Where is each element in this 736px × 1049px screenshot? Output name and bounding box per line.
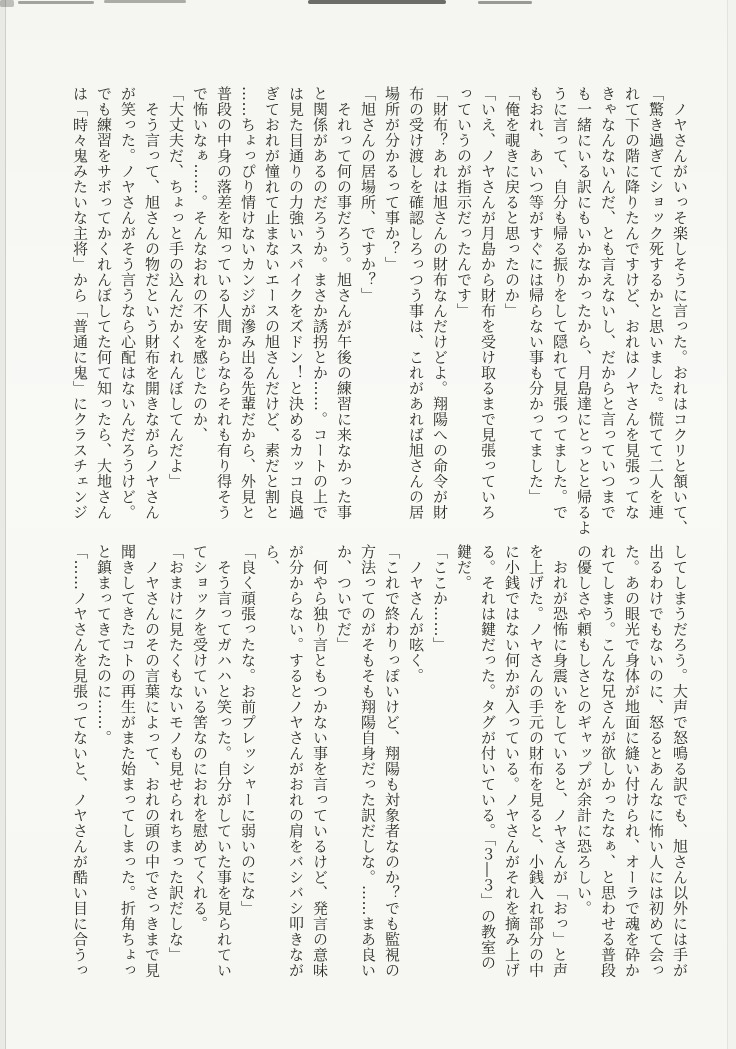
text-column: 方法ってのがそもそも翔陽自身だった訳だしな。……まあ良い: [356, 544, 380, 1012]
text-column: 鍵だ。: [452, 544, 476, 1012]
text-column: ノヤさんのその言葉によって、おれの頭の中でさっきまで見: [140, 544, 164, 1012]
text-column: で怖いなぁ……。そんなおれの不安を感じたのか、: [188, 86, 212, 538]
scan-smudge: [478, 1, 532, 4]
text-column: と鎮まってきてたのに……。: [92, 544, 116, 1012]
text-column: ぎておれが憧れて止まないエースの旭さんだけど、素だと割と: [260, 86, 284, 538]
text-column: 「驚き過ぎてショック死するかと思いました。慌てて二人を連: [644, 86, 668, 538]
text-column: っていうのが指示だったんです」: [452, 86, 476, 538]
text-column: も一緒にいる訳にもいかなかったから、月島達にとっとと帰るよ: [572, 86, 596, 538]
text-column: ……ちょっぴり情けないカンジが滲み出る先輩だから、外見と: [236, 86, 260, 538]
text-column: もおれ、あいつ等がすぐには帰らない事も分かってました」: [524, 86, 548, 538]
text-column: ノヤさんがいっそ楽しそうに言った。おれはコクリと頷いて、: [668, 86, 692, 538]
text-column: 「おまけに見たくもないモノも見せられちまった訳だしな」: [164, 544, 188, 1012]
text-column: 「良く頑張ったな。お前プレッシャーに弱いのにな」: [236, 544, 260, 1012]
text-column: きゃなんないんだ、とも言えないし、だからと言っていつまで: [596, 86, 620, 538]
text-column: 布の受け渡しを確認しろっつう事は、これがあれば旭さんの居: [404, 86, 428, 538]
text-column: を上げた。ノヤさんの手元の財布を見ると、小銭入れ部分の中: [524, 544, 548, 1012]
text-column: が笑った。ノヤさんがそう言うなら心配はないんだろうけど。: [116, 86, 140, 538]
bottom-text-block: してしまうだろう。大声で怒鳴る訳でも、旭さん以外には手が出るわけでもないのに、怒…: [68, 544, 692, 1012]
scan-smudge: [18, 1, 94, 4]
text-column: 「大丈夫だ、ちょっと手の込んだかくれんぼしてんだよ」: [164, 86, 188, 538]
text-column: 聞きしてきたコトの再生がまた始まってしまった。折角ちょっ: [116, 544, 140, 1012]
scan-smudge: [104, 0, 186, 3]
text-column: 「旭さんの居場所、ですか？」: [356, 86, 380, 538]
text-column: 普段の中身の落差を知っている人間からならそれも有り得そう: [212, 86, 236, 538]
text-column: 「財布？あれは旭さんの財布なんだけどよ。翔陽への命令が財: [428, 86, 452, 538]
scan-edge-left-line: [5, 0, 6, 1049]
scan-smudge: [308, 0, 446, 4]
text-column: てショックを受けている筈なのにおれを慰めてくれる。: [188, 544, 212, 1012]
text-column: れて下の階に降りたんですけど、おれはノヤさんを見張ってな: [620, 86, 644, 538]
scan-smudge: [0, 0, 14, 7]
text-column: 「これで終わりっぽいけど、翔陽も対象者なのか？でも監視の: [380, 544, 404, 1012]
text-column: 「……ノヤさんを見張ってないと、ノヤさんが酷い目に合うっ: [68, 544, 92, 1012]
text-column: ら、: [260, 544, 284, 1012]
text-column: 場所が分かるって事か？」: [380, 86, 404, 538]
text-column: してしまうだろう。大声で怒鳴る訳でも、旭さん以外には手が: [668, 544, 692, 1012]
text-column: ノヤさんが呟く。: [404, 544, 428, 1012]
text-column: 出るわけでもないのに、怒るとあんなに怖い人には初めて会っ: [644, 544, 668, 1012]
text-column: に小銭ではない何かが入っている。ノヤさんがそれを摘み上げ: [500, 544, 524, 1012]
text-column: そう言って、旭さんの物だという財布を開きながらノヤさん: [140, 86, 164, 538]
text-column: おれが恐怖に身震いをしていると、ノヤさんが「おっ」と声: [548, 544, 572, 1012]
top-text-block: ノヤさんがいっそ楽しそうに言った。おれはコクリと頷いて、「驚き過ぎてショック死す…: [68, 86, 692, 538]
text-column: 「俺を覗きに戻ると思ったのか」: [500, 86, 524, 538]
text-column: か、ついでだ」: [332, 544, 356, 1012]
text-column: れてしまう。こんな兄さんが欲しかったなぁ、と思わせる普段: [596, 544, 620, 1012]
text-column: が分からない。するとノヤさんがおれの肩をバシバシ叩きなが: [284, 544, 308, 1012]
scanned-page: 0 ノヤさんがいっそ楽しそうに言った。おれはコクリと頷いて、「驚き過ぎてショック…: [0, 0, 736, 1049]
text-column: は見た目通りの力強いスパイクをズドン！と決めるカッコ良過: [284, 86, 308, 538]
text-column: た。あの眼光で身体が地面に縫い付けられ、オーラで魂を砕か: [620, 544, 644, 1012]
scan-edge-right: [728, 0, 736, 1049]
text-column: 「いえ、ノヤさんが月島から財布を受け取るまで見張っていろ: [476, 86, 500, 538]
text-column: うに言って、自分も帰る振りをして隠れて見張ってました。で: [548, 86, 572, 538]
text-column: 「ここか……」: [428, 544, 452, 1012]
text-column: でも練習をサボってかくれんぼしてた何て知ったら、大地さん: [92, 86, 116, 538]
text-column: それって何の事だろう。旭さんが午後の練習に来なかった事: [332, 86, 356, 538]
text-column: と関係があるのだろうか。まさか誘拐とか……。コートの上で: [308, 86, 332, 538]
text-column: る。それは鍵だった。タグが付いている。「３―３」の教室の: [476, 544, 500, 1012]
text-column: そう言ってガハハと笑った。自分がしていた事を見られてい: [212, 544, 236, 1012]
text-column: は「時々鬼みたいな主将」から「普通に鬼」にクラスチェンジ: [68, 86, 92, 538]
text-column: の優しさや頼もしさとのギャップが余計に恐ろしい。: [572, 544, 596, 1012]
text-column: 何やら独り言ともつかない事を言っているけど、発言の意味: [308, 544, 332, 1012]
